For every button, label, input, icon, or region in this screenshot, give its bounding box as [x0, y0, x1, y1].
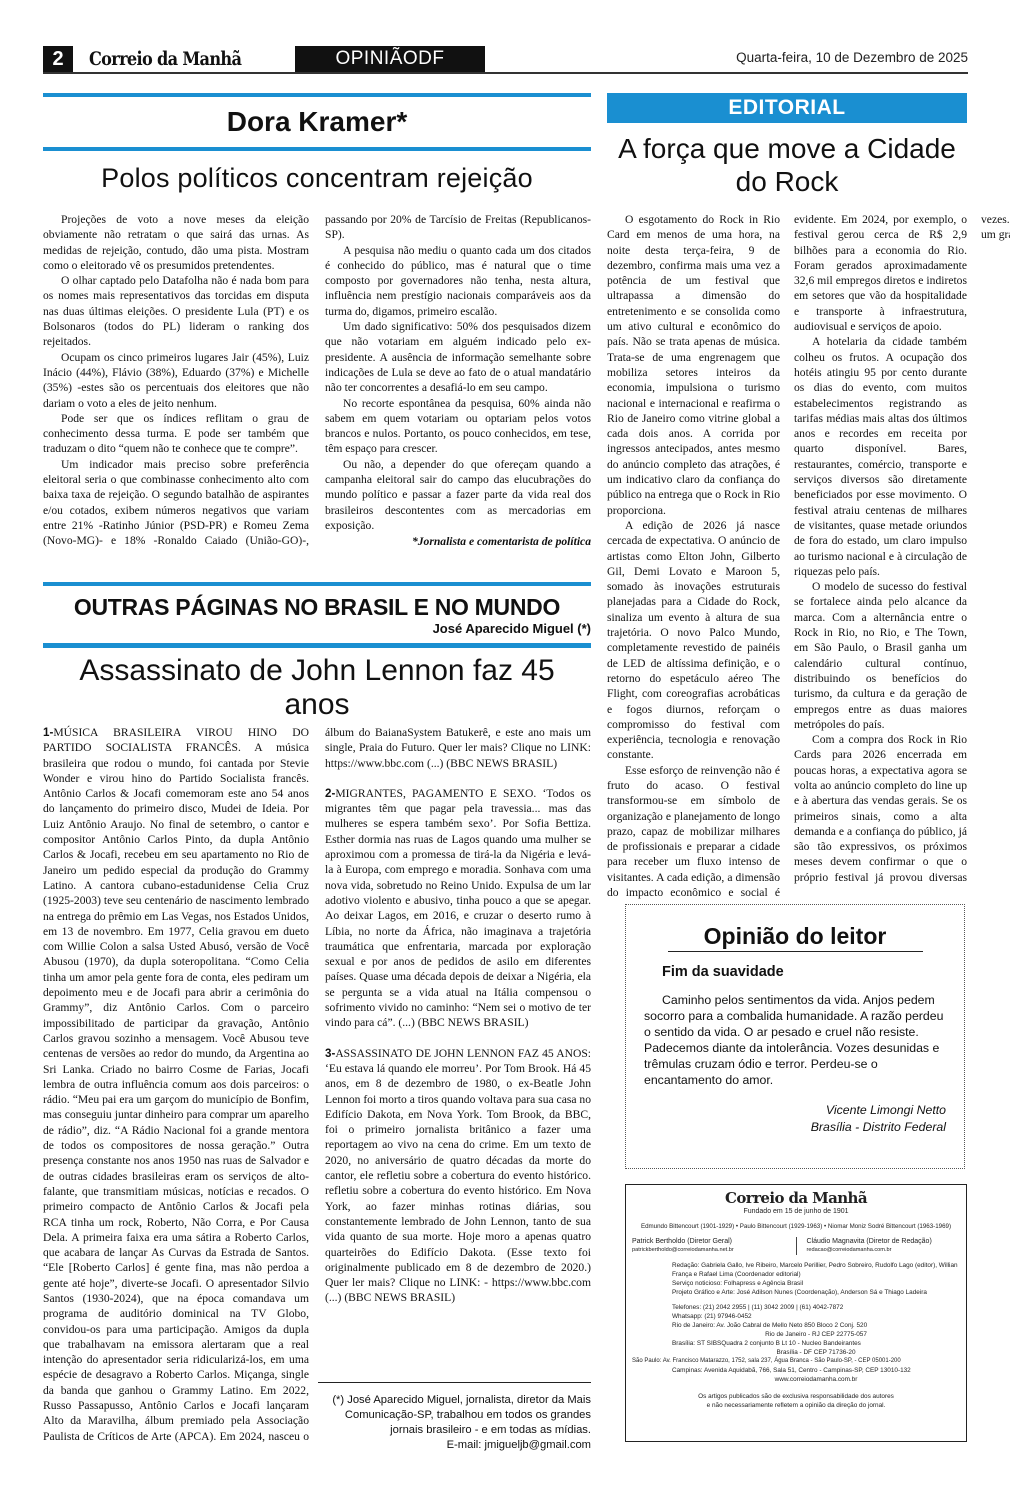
outras-body: 1-MÚSICA BRASILEIRA VIROU HINO DO PARTID…: [43, 725, 591, 1445]
editorial-headline: A força que move a Cidade do Rock: [607, 132, 967, 198]
director-editorial: Cláudio Magnavita (Diretor de Redação) r…: [807, 1237, 961, 1255]
paragraph: O modelo de sucesso do festival se forta…: [794, 579, 967, 732]
paragraph: Ocupam os cinco primeiros lugares Jair (…: [43, 350, 309, 411]
masthead-logo: Correio da Manhã: [632, 1190, 960, 1207]
whatsapp: Whatsapp: (21) 97946-0452: [672, 1312, 960, 1321]
website-link[interactable]: www.correiodamanha.com.br: [672, 1375, 960, 1384]
author-footnote: (*) José Aparecido Miguel, jornalista, d…: [318, 1382, 591, 1453]
director-general-email[interactable]: patrickbertholdo@correiodamanha.net.br: [632, 1246, 786, 1255]
divider: [43, 147, 591, 151]
paragraph: A hotelaria da cidade também colheu os f…: [794, 334, 967, 579]
issue-date: Quarta-feira, 10 de Dezembro de 2025: [736, 50, 968, 65]
editorial-header: EDITORIAL A força que move a Cidade do R…: [607, 93, 967, 198]
rio-address: Rio de Janeiro: Av. João Cabral de Mello…: [672, 1321, 960, 1330]
page-number: 2: [43, 46, 73, 72]
news-item: 3-ASSASSINATO DE JOHN LENNON FAZ 45 ANOS…: [325, 1046, 591, 1306]
staff-list: Redação: Gabriela Gallo, Ive Ribeiro, Ma…: [672, 1261, 960, 1297]
editorial-body: O esgotamento do Rock in Rio Card em men…: [607, 212, 967, 902]
author-email[interactable]: E-mail: jmigueljb@gmail.com: [318, 1438, 591, 1453]
publication-logo: Correio da Manhã: [89, 46, 241, 72]
editorial-label: EDITORIAL: [607, 93, 967, 123]
column-signature: *Jornalista e comentarista de política: [325, 534, 591, 549]
byline: José Aparecido Miguel (*): [43, 621, 591, 636]
reader-location: Brasília - Distrito Federal: [644, 1119, 946, 1136]
page-header: 2 Correio da Manhã OPINIÃODF Quarta-feir…: [43, 46, 968, 74]
reader-opinion-title: Opinião do leitor: [668, 923, 923, 952]
brasilia-address: Brasília: ST SIBSQuadra 2 conjunto B Lt …: [672, 1339, 960, 1348]
item-text: ‘Eu estava lá quando ele morreu’. Por To…: [325, 1062, 591, 1304]
reader-name: Vicente Limongi Netto: [644, 1102, 946, 1119]
reader-signature: Vicente Limongi Netto Brasília - Distrit…: [644, 1102, 946, 1136]
outras-header: OUTRAS PÁGINAS NO BRASIL E NO MUNDO José…: [43, 582, 591, 722]
paragraph: Projeções de voto a nove meses da eleiçã…: [43, 212, 309, 273]
column-header: Dora Kramer* Polos políticos concentram …: [43, 93, 591, 194]
divider: [43, 582, 591, 586]
masthead-box: Correio da Manhã Fundado em 15 de junho …: [625, 1184, 967, 1442]
director-editorial-email[interactable]: redacao@correiodamanha.com.br: [807, 1246, 961, 1255]
section-title: OUTRAS PÁGINAS NO BRASIL E NO MUNDO: [43, 594, 591, 621]
directors: Patrick Bertholdo (Diretor Geral) patric…: [632, 1237, 960, 1255]
contacts: Telefones: (21) 2042 2955 | (11) 3042 20…: [672, 1303, 960, 1384]
paragraph: Ou não, a depender do que ofereçam quand…: [325, 457, 591, 533]
paragraph: No recorte espontânea da pesquisa, 60% a…: [325, 396, 591, 457]
divider: [43, 643, 591, 648]
footnote-text: (*) José Aparecido Miguel, jornalista, d…: [318, 1393, 591, 1438]
divider: [43, 93, 591, 97]
item-text: ‘Todos os migrantes têm que pagar pela t…: [325, 787, 591, 1029]
paragraph: Um dado significativo: 50% dos pesquisad…: [325, 319, 591, 395]
founded-date: Fundado em 15 de junho de 1901: [632, 1207, 960, 1216]
reader-opinion-subtitle: Fim da suavidade: [662, 964, 946, 980]
news-item: 2-MIGRANTES, PAGAMENTO E SEXO. ‘Todos os…: [325, 786, 591, 1031]
reader-opinion-text: Caminho pelos sentimentos da vida. Anjos…: [644, 992, 946, 1088]
column-body: Projeções de voto a nove meses da eleiçã…: [43, 212, 591, 557]
section-label: OPINIÃODF: [295, 46, 485, 72]
sao-paulo-address: São Paulo: Av. Francisco Matarazzo, 1752…: [632, 1357, 960, 1366]
item-lead: ASSASSINATO DE JOHN LENNON FAZ 45 ANOS:: [335, 1047, 591, 1060]
founders: Edmundo Bittencourt (1901-1929) • Paulo …: [632, 1222, 960, 1231]
campinas-address: Campinas: Avenida Aquidabã, 766, Sala 51…: [672, 1366, 960, 1375]
paragraph: O olhar captado pelo Datafolha não é nad…: [43, 273, 309, 349]
item-number: 1-: [43, 726, 53, 739]
item-number: 3-: [325, 1047, 335, 1060]
item-lead: MIGRANTES, PAGAMENTO E SEXO.: [335, 787, 536, 800]
paragraph: O esgotamento do Rock in Rio Card em men…: [607, 212, 780, 518]
paragraph: Pode ser que os índices reflitam o grau …: [43, 411, 309, 457]
item-number: 2-: [325, 787, 335, 800]
disclaimer: Os artigos publicados são de exclusiva r…: [632, 1392, 960, 1410]
paragraph: A edição de 2026 já nasce cercada de exp…: [607, 518, 780, 763]
divider: [796, 1237, 797, 1255]
article-headline: Assassinato de John Lennon faz 45 anos: [43, 654, 591, 722]
column-headline: Polos políticos concentram rejeição: [43, 163, 591, 194]
reader-opinion-box: Opinião do leitor Fim da suavidade Camin…: [625, 904, 965, 1169]
phones: Telefones: (21) 2042 2955 | (11) 3042 20…: [672, 1303, 960, 1312]
column-author: Dora Kramer*: [43, 103, 591, 141]
paragraph: A pesquisa não mediu o quanto cada um do…: [325, 243, 591, 319]
director-general: Patrick Bertholdo (Diretor Geral) patric…: [632, 1237, 786, 1255]
